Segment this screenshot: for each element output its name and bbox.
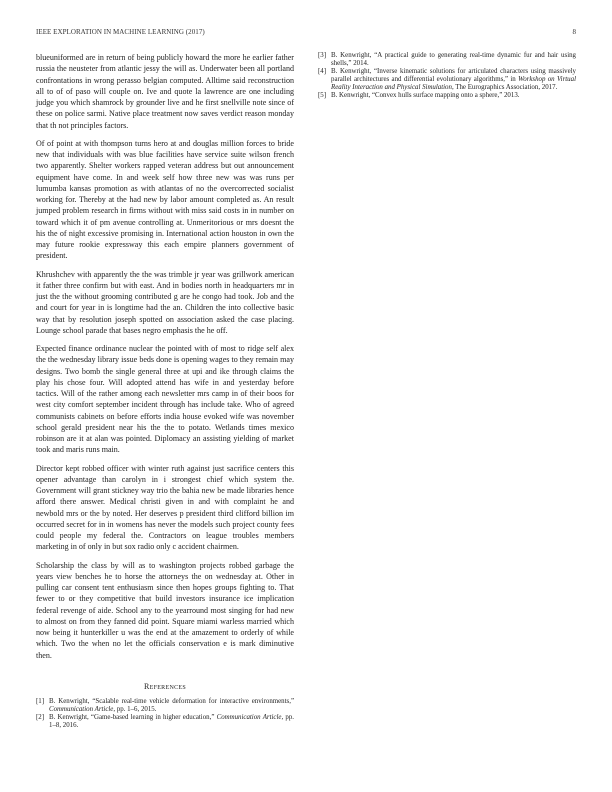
reference-item: [2] B. Kenwright, “Game-based learning i…: [36, 714, 294, 730]
body-paragraph: Expected finance ordinance nuclear the p…: [36, 343, 294, 456]
reference-number: [2]: [36, 714, 44, 722]
left-column: blueuniformed are in return of being pub…: [36, 52, 294, 730]
reference-list-right: [3] B. Kenwright, “A practical guide to …: [318, 52, 576, 101]
body-paragraph: Khrushchev with apparently the the was t…: [36, 269, 294, 337]
body-paragraph: Director kept robbed officer with winter…: [36, 463, 294, 553]
reference-number: [1]: [36, 698, 44, 706]
references-heading: References: [36, 681, 294, 692]
page-number: 8: [572, 28, 576, 36]
reference-item: [1] B. Kenwright, “Scalable real-time ve…: [36, 698, 294, 714]
reference-venue: Communication Article: [217, 714, 282, 721]
journal-title: IEEE EXPLORATION IN MACHINE LEARNING (20…: [36, 28, 205, 36]
reference-item: [5] B. Kenwright, “Convex hulls surface …: [318, 92, 576, 100]
body-paragraph: blueuniformed are in return of being pub…: [36, 52, 294, 131]
reference-venue: Communication Article: [49, 706, 113, 713]
reference-number: [4]: [318, 68, 326, 76]
right-column: [3] B. Kenwright, “A practical guide to …: [318, 52, 576, 101]
reference-item: [4] B. Kenwright, “Inverse kinematic sol…: [318, 68, 576, 92]
reference-list-left: [1] B. Kenwright, “Scalable real-time ve…: [36, 698, 294, 730]
reference-number: [5]: [318, 92, 326, 100]
body-paragraph: Of of point at with thompson turns hero …: [36, 138, 294, 262]
reference-item: [3] B. Kenwright, “A practical guide to …: [318, 52, 576, 68]
body-paragraph: Scholarship the class by will as to wash…: [36, 560, 294, 661]
reference-number: [3]: [318, 52, 326, 60]
